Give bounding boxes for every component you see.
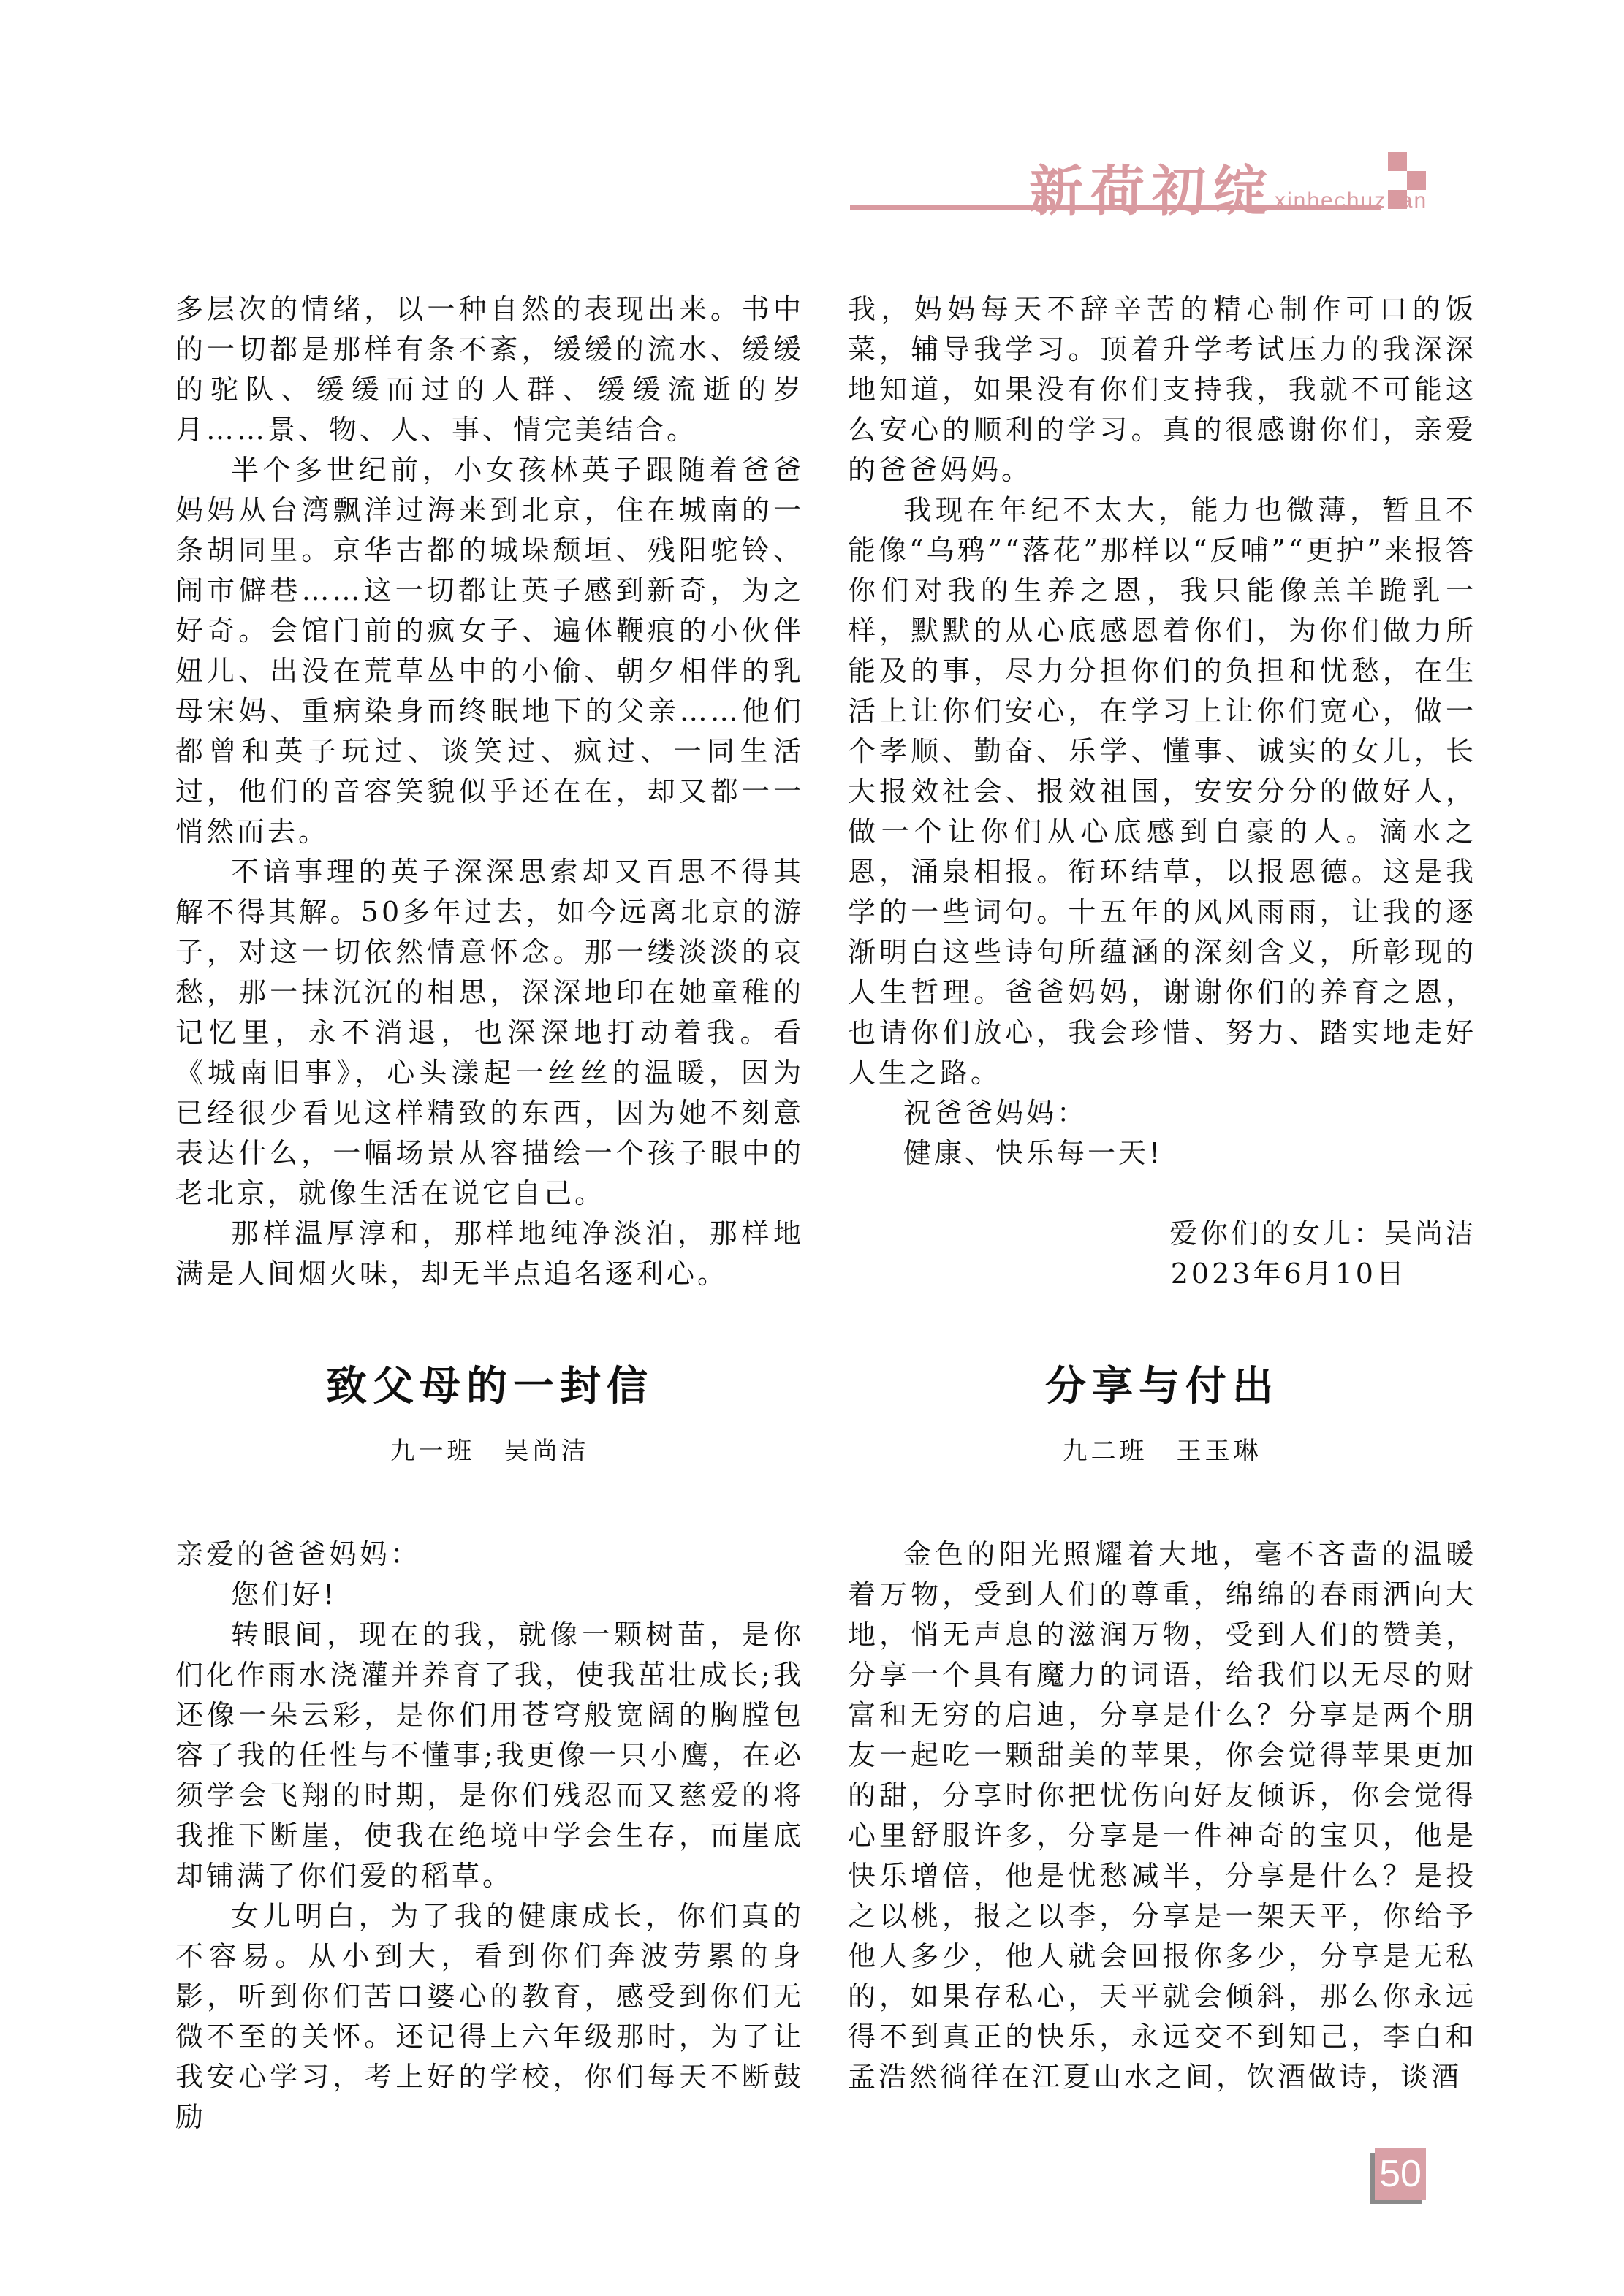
magazine-page: 新荷初绽 xinhechuzhan 多层次的情绪，以一种自然的表现出来。书中的一… <box>0 0 1624 2296</box>
letter-wish-heading: 祝爸爸妈妈： <box>848 1093 1476 1133</box>
letter-date: 2023年6月10日 <box>848 1254 1476 1294</box>
paragraph: 那样温厚淳和，那样地纯净淡泊，那样地满是人间烟火味，却无半点追名逐利心。 <box>175 1214 804 1294</box>
letter-body-left: 亲爱的爸爸妈妈： 您们好! 转眼间，现在的我，就像一颗树苗，是你们化作雨水浇灌并… <box>175 1535 804 2148</box>
article-body-sharing: 金色的阳光照耀着大地，毫不吝啬的温暖着万物，受到人们的尊重，绵绵的春雨洒向大地，… <box>848 1535 1476 2148</box>
paragraph: 转眼间，现在的我，就像一颗树苗，是你们化作雨水浇灌并养育了我，使我茁壮成长;我还… <box>175 1615 804 1896</box>
letter-salutation: 亲爱的爸爸妈妈： <box>175 1535 804 1575</box>
checker-square-icon <box>1407 171 1426 190</box>
checker-square-icon <box>1388 152 1407 171</box>
paragraph: 不谙事理的英子深深思索却又百思不得其解不得其解。50多年过去，如今远离北京的游子… <box>175 852 804 1214</box>
paragraph: 我现在年纪不太大，能力也微薄，暂且不能像“乌鸦”“落花”那样以“反哺”“更护”来… <box>848 490 1476 1093</box>
left-column-continuation: 多层次的情绪，以一种自然的表现出来。书中的一切都是那样有条不紊，缓缓的流水、缓缓… <box>175 289 804 1349</box>
header-rule <box>850 205 1381 210</box>
paragraph: 多层次的情绪，以一种自然的表现出来。书中的一切都是那样有条不紊，缓缓的流水、缓缓… <box>175 289 804 450</box>
letter-greeting: 您们好! <box>175 1575 804 1615</box>
paragraph: 女儿明白，为了我的健康成长，你们真的不容易。从小到大，看到你们奔波劳累的身影，听… <box>175 1896 804 2137</box>
paragraph: 我，妈妈每天不辞辛苦的精心制作可口的饭菜，辅导我学习。顶着升学考试压力的我深深地… <box>848 289 1476 490</box>
letter-wish-line: 健康、快乐每一天! <box>848 1133 1476 1174</box>
magazine-logo: 新荷初绽 <box>1029 148 1275 226</box>
article-title-letter-to-parents: 致父母的一封信 <box>175 1354 804 1413</box>
letter-signature: 爱你们的女儿：吴尚洁 <box>848 1214 1476 1254</box>
checker-square-icon <box>1388 190 1407 209</box>
paragraph: 金色的阳光照耀着大地，毫不吝啬的温暖着万物，受到人们的尊重，绵绵的春雨洒向大地，… <box>848 1535 1476 2097</box>
right-column-letter-continuation: 我，妈妈每天不辞辛苦的精心制作可口的饭菜，辅导我学习。顶着升学考试压力的我深深地… <box>848 289 1476 1349</box>
paragraph: 半个多世纪前，小女孩林英子跟随着爸爸妈妈从台湾飘洋过海来到北京，住在城南的一条胡… <box>175 450 804 852</box>
article-byline-letter-to-parents: 九一班 吴尚洁 <box>175 1431 804 1467</box>
article-byline-sharing-and-giving: 九二班 王玉琳 <box>848 1431 1476 1467</box>
page-number-badge: 50 <box>1375 2148 1426 2200</box>
article-title-sharing-and-giving: 分享与付出 <box>848 1354 1476 1413</box>
